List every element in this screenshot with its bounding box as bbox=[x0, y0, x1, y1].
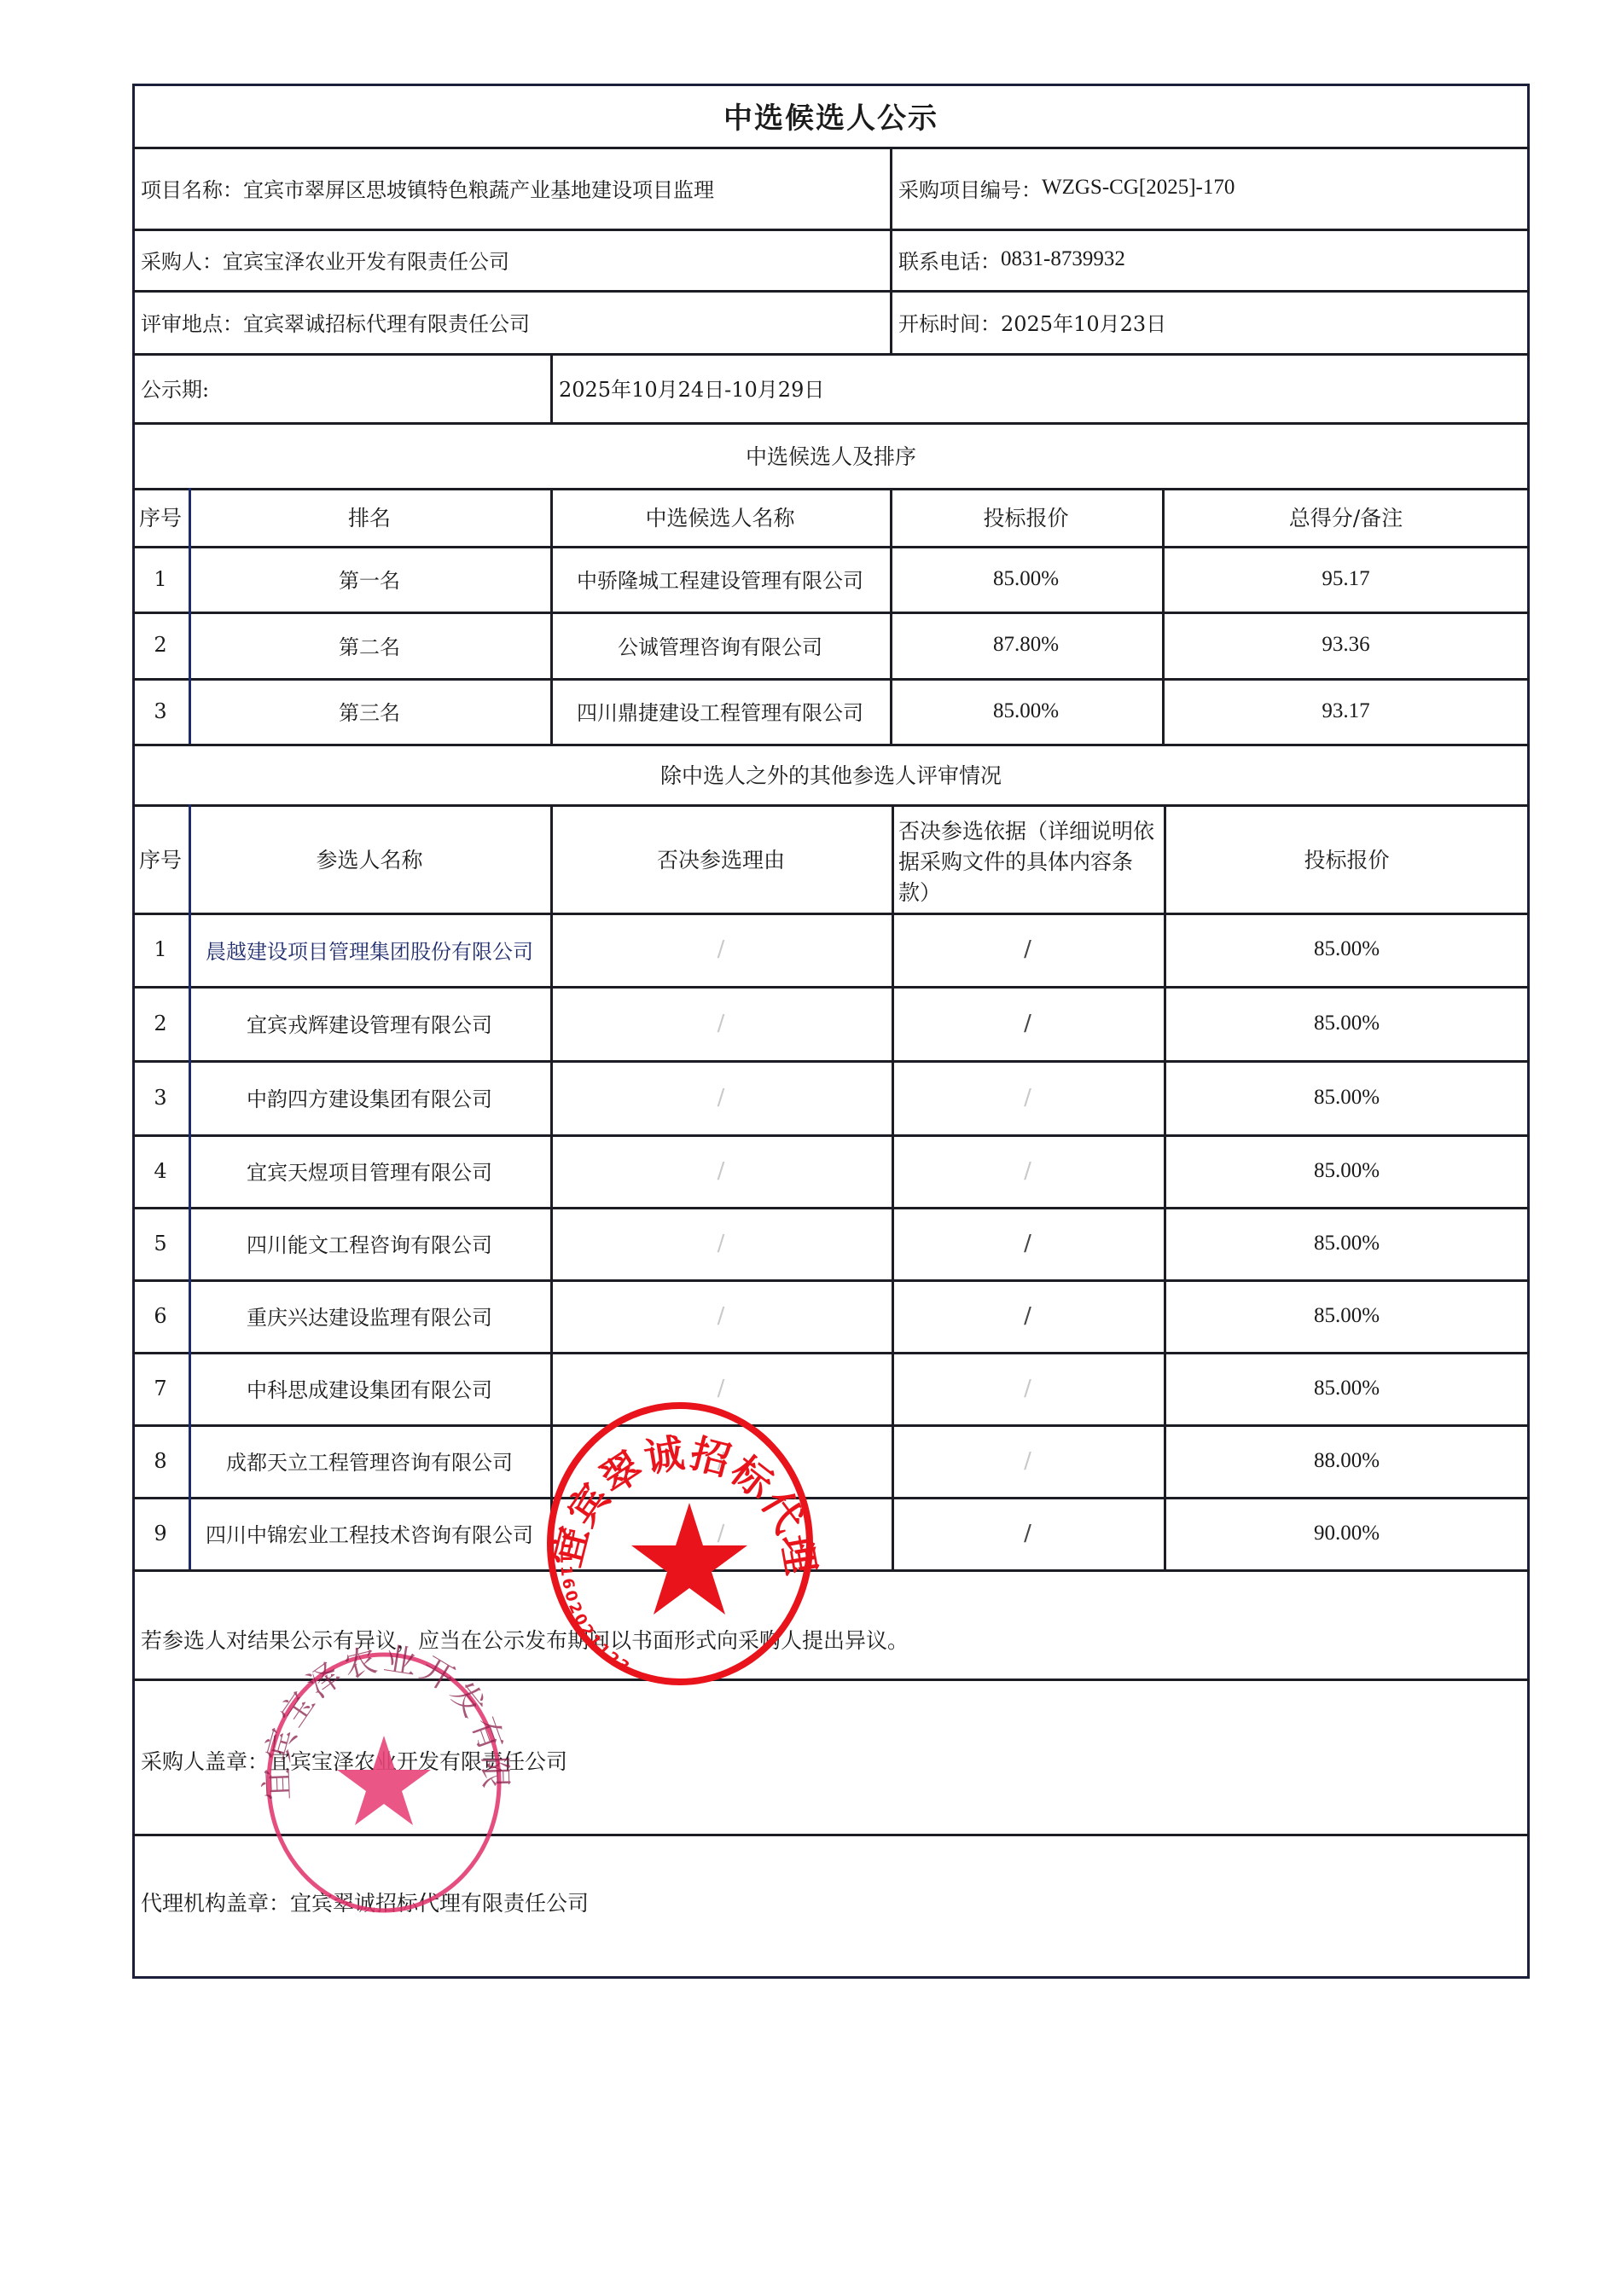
bid-price: 90.00% bbox=[1164, 1497, 1530, 1569]
bid-price: 85.00% bbox=[1164, 1060, 1530, 1134]
col-header-no: 序号 bbox=[132, 488, 189, 546]
bid-open-label: 开标时间： bbox=[898, 307, 1001, 337]
col-header-score: 总得分/备注 bbox=[1162, 488, 1530, 546]
phone-value: 0831-8739932 bbox=[1001, 247, 1125, 271]
others-section-title: 除中选人之外的其他参选人评审情况 bbox=[132, 744, 1530, 804]
participant-name: 重庆兴达建设监理有限公司 bbox=[189, 1279, 550, 1352]
bid-price: 85.00% bbox=[1164, 1279, 1530, 1352]
rejection-reason: / bbox=[550, 1134, 892, 1207]
total-score: 93.36 bbox=[1162, 612, 1530, 678]
rank: 第一名 bbox=[189, 546, 550, 612]
col-header-rank: 排名 bbox=[189, 488, 550, 546]
rejection-basis: / bbox=[892, 1424, 1164, 1497]
row-no: 3 bbox=[132, 1060, 189, 1134]
col-header-bid: 投标报价 bbox=[1164, 804, 1530, 913]
bid-price: 88.00% bbox=[1164, 1424, 1530, 1497]
row-no: 9 bbox=[132, 1497, 189, 1569]
page-title: 中选候选人公示 bbox=[132, 84, 1530, 147]
participant-name: 中科思成建设集团有限公司 bbox=[189, 1352, 550, 1424]
buyer-seal-label: 采购人盖章： bbox=[141, 1745, 269, 1776]
bid-open-value: 2025年10月23日 bbox=[1001, 307, 1166, 337]
rejection-reason: / bbox=[550, 1352, 892, 1424]
phone-field: 联系电话：0831-8739932 bbox=[890, 229, 1530, 290]
agent-seal-label: 代理机构盖章： bbox=[141, 1887, 290, 1917]
row-no: 2 bbox=[132, 986, 189, 1060]
row-no: 6 bbox=[132, 1279, 189, 1352]
row-no: 3 bbox=[132, 678, 189, 744]
col-header-participant-name: 参选人名称 bbox=[189, 804, 550, 913]
bid-price: 85.00% bbox=[1164, 1352, 1530, 1424]
participant-name: 四川中锦宏业工程技术咨询有限公司 bbox=[189, 1497, 550, 1569]
rejection-basis: / bbox=[892, 986, 1164, 1060]
col-header-rejection-reason: 否决参选理由 bbox=[550, 804, 892, 913]
objection-notice: 若参选人对结果公示有异议，应当在公示发布期间以书面形式向采购人提出异议。 bbox=[132, 1569, 1530, 1679]
buyer-label: 采购人： bbox=[141, 245, 223, 275]
agent-seal-field: 代理机构盖章：宜宾翠诚招标代理有限责任公司 bbox=[132, 1834, 1530, 1979]
rejection-reason: / bbox=[550, 1424, 892, 1497]
rejection-basis: / bbox=[892, 1134, 1164, 1207]
buyer-seal-name: 宜宾宝泽农业开发有限责任公司 bbox=[269, 1745, 567, 1776]
bid-price: 85.00% bbox=[1164, 986, 1530, 1060]
candidate-name: 公诚管理咨询有限公司 bbox=[550, 612, 890, 678]
rejection-reason: / bbox=[550, 1060, 892, 1134]
candidate-name: 四川鼎捷建设工程管理有限公司 bbox=[550, 678, 890, 744]
bid-price: 85.00% bbox=[1164, 913, 1530, 986]
rejection-reason: / bbox=[550, 1279, 892, 1352]
row-no: 4 bbox=[132, 1134, 189, 1207]
rejection-reason: / bbox=[550, 913, 892, 986]
row-no: 1 bbox=[132, 546, 189, 612]
row-no: 1 bbox=[132, 913, 189, 986]
publicity-period: 2025年10月24日-10月29日 bbox=[550, 353, 1530, 422]
rank: 第二名 bbox=[189, 612, 550, 678]
project-no-value: WZGS-CG[2025]-170 bbox=[1042, 176, 1235, 200]
participant-name: 四川能文工程咨询有限公司 bbox=[189, 1207, 550, 1279]
total-score: 93.17 bbox=[1162, 678, 1530, 744]
rejection-basis: / bbox=[892, 1279, 1164, 1352]
review-place-field: 评审地点：宜宾翠诚招标代理有限责任公司 bbox=[132, 290, 890, 353]
project-name-value: 宜宾市翠屏区思坡镇特色粮蔬产业基地建设项目监理 bbox=[243, 173, 714, 203]
row-no: 8 bbox=[132, 1424, 189, 1497]
participant-name: 晨越建设项目管理集团股份有限公司 bbox=[189, 913, 550, 986]
rejection-basis: / bbox=[892, 1060, 1164, 1134]
agent-seal-name: 宜宾翠诚招标代理有限责任公司 bbox=[290, 1887, 589, 1917]
publicity-label: 公示期: bbox=[132, 353, 550, 422]
bid-price: 85.00% bbox=[890, 546, 1162, 612]
document-page: 中选候选人公示 项目名称：宜宾市翠屏区思坡镇特色粮蔬产业基地建设项目监理 采购项… bbox=[0, 0, 1621, 2296]
buyer-value: 宜宾宝泽农业开发有限责任公司 bbox=[223, 245, 509, 275]
col-header-rejection-basis: 否决参选依据（详细说明依据采购文件的具体内容条款） bbox=[892, 804, 1164, 913]
participant-name: 宜宾戎辉建设管理有限公司 bbox=[189, 986, 550, 1060]
project-no-field: 采购项目编号：WZGS-CG[2025]-170 bbox=[890, 147, 1530, 229]
candidates-section-title: 中选候选人及排序 bbox=[132, 422, 1530, 488]
rejection-basis: / bbox=[892, 913, 1164, 986]
participant-name: 中韵四方建设集团有限公司 bbox=[189, 1060, 550, 1134]
rejection-basis: / bbox=[892, 1497, 1164, 1569]
col-header-bid: 投标报价 bbox=[890, 488, 1162, 546]
phone-label: 联系电话： bbox=[898, 245, 1001, 275]
rejection-reason: / bbox=[550, 1207, 892, 1279]
project-name-label: 项目名称： bbox=[141, 173, 243, 203]
row-no: 5 bbox=[132, 1207, 189, 1279]
buyer-field: 采购人：宜宾宝泽农业开发有限责任公司 bbox=[132, 229, 890, 290]
rejection-basis: / bbox=[892, 1207, 1164, 1279]
rank: 第三名 bbox=[189, 678, 550, 744]
participant-name: 宜宾天煜项目管理有限公司 bbox=[189, 1134, 550, 1207]
bid-open-field: 开标时间：2025年10月23日 bbox=[890, 290, 1530, 353]
col-header-candidate-name: 中选候选人名称 bbox=[550, 488, 890, 546]
bid-price: 85.00% bbox=[1164, 1134, 1530, 1207]
total-score: 95.17 bbox=[1162, 546, 1530, 612]
review-place-value: 宜宾翠诚招标代理有限责任公司 bbox=[243, 307, 530, 337]
project-name-field: 项目名称：宜宾市翠屏区思坡镇特色粮蔬产业基地建设项目监理 bbox=[132, 147, 890, 229]
project-no-label: 采购项目编号： bbox=[898, 173, 1042, 203]
rejection-reason: / bbox=[550, 1497, 892, 1569]
row-no: 2 bbox=[132, 612, 189, 678]
bid-price: 85.00% bbox=[1164, 1207, 1530, 1279]
row-no: 7 bbox=[132, 1352, 189, 1424]
rejection-reason: / bbox=[550, 986, 892, 1060]
col-header-no: 序号 bbox=[132, 804, 189, 913]
rejection-basis: / bbox=[892, 1352, 1164, 1424]
review-place-label: 评审地点： bbox=[141, 307, 243, 337]
candidate-name: 中骄隆城工程建设管理有限公司 bbox=[550, 546, 890, 612]
bid-price: 85.00% bbox=[890, 678, 1162, 744]
bid-price: 87.80% bbox=[890, 612, 1162, 678]
buyer-seal-field: 采购人盖章：宜宾宝泽农业开发有限责任公司 bbox=[132, 1679, 1530, 1834]
participant-name: 成都天立工程管理咨询有限公司 bbox=[189, 1424, 550, 1497]
